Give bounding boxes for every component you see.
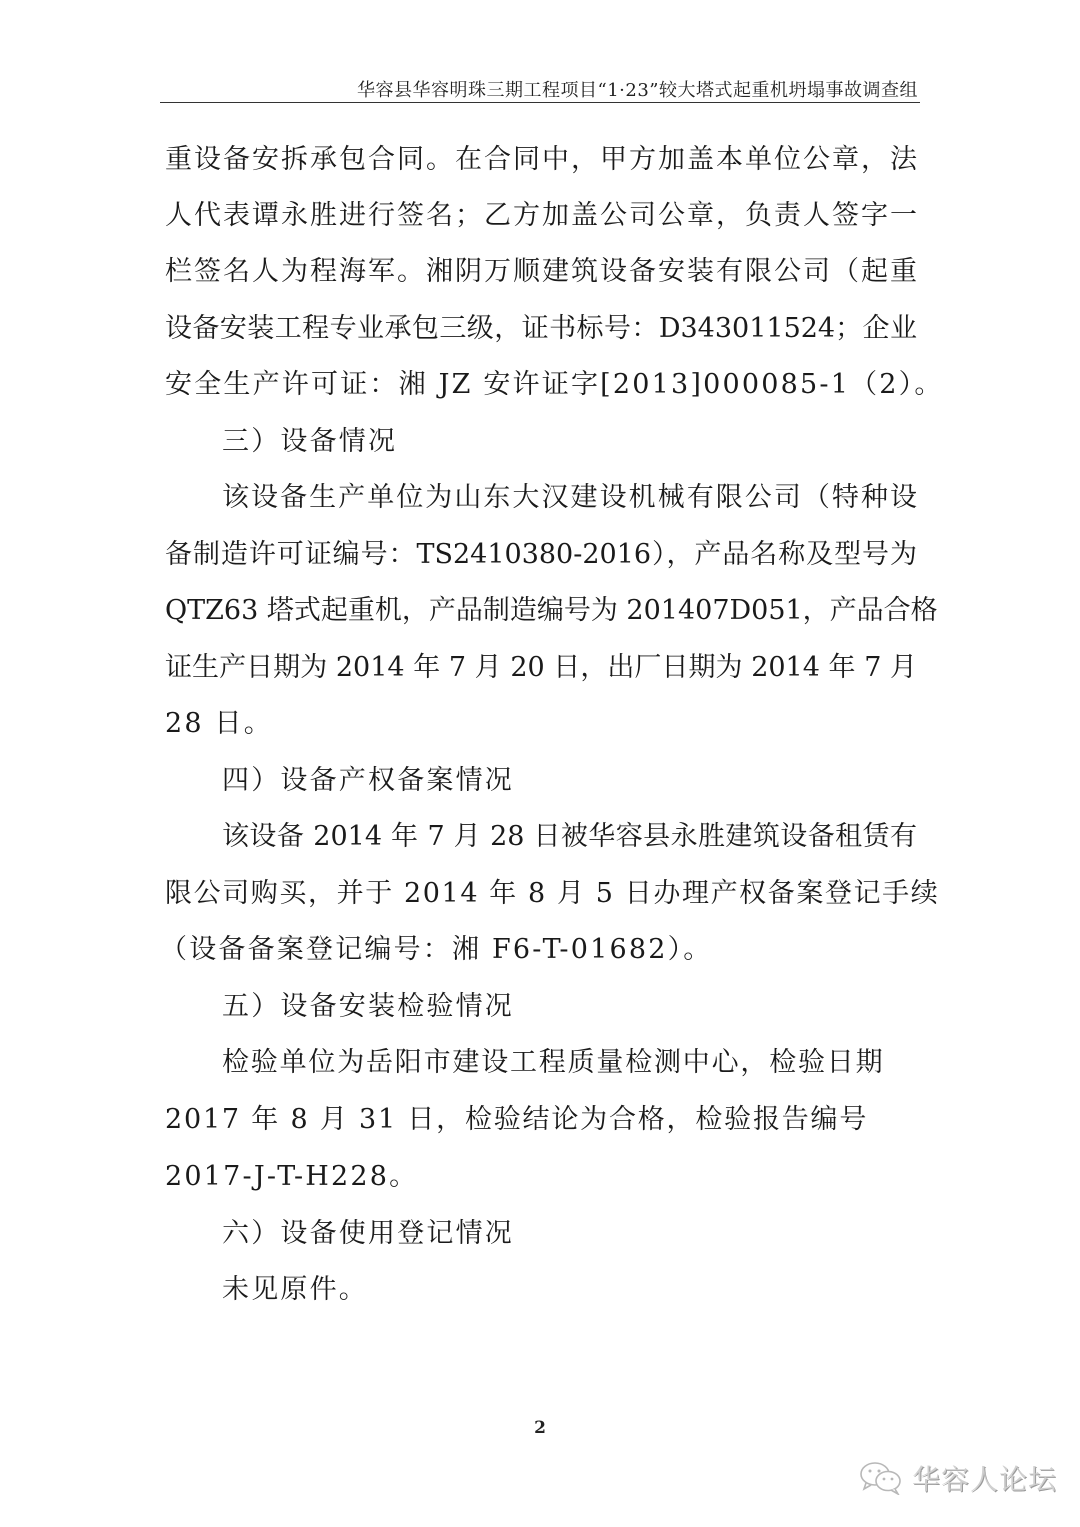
section-heading-usage-registration: 六）设备使用登记情况	[222, 1217, 917, 1251]
body-line: 限公司购买，并于 2014 年 8 月 5 日办理产权备案登记手续	[165, 877, 917, 911]
body-line: 2017 年 8 月 31 日，检验结论为合格，检验报告编号	[165, 1103, 917, 1137]
running-header: 华容县华容明珠三期工程项目“1·23”较大塔式起重机坍塌事故调查组	[160, 76, 920, 103]
body-line: 28 日。	[165, 707, 917, 741]
page-number: 2	[0, 1418, 1080, 1438]
body-line: 2017-J-T-H228。	[165, 1160, 917, 1194]
body-line: （设备备案登记编号：湘 F6-T-01682）。	[160, 933, 912, 967]
section-heading-equipment: 三）设备情况	[222, 425, 917, 459]
section-heading-installation-inspection: 五）设备安装检验情况	[222, 990, 917, 1024]
header-title: 华容县华容明珠三期工程项目“1·23”较大塔式起重机坍塌事故调查组	[357, 76, 918, 102]
body-line: 设备安装工程专业承包三级，证书标号：D343011524；企业	[165, 312, 917, 346]
body-line: QTZ63 塔式起重机，产品制造编号为 201407D051，产品合格	[165, 594, 917, 628]
body-line: 检验单位为岳阳市建设工程质量检测中心，检验日期	[222, 1046, 917, 1080]
body-line: 备制造许可证编号：TS2410380-2016），产品名称及型号为	[165, 538, 917, 572]
wechat-icon	[858, 1461, 904, 1495]
body-line: 该设备 2014 年 7 月 28 日被华容县永胜建筑设备租赁有	[222, 820, 917, 854]
body-line: 未见原件。	[222, 1273, 917, 1307]
body-line: 该设备生产单位为山东大汉建设机械有限公司（特种设	[222, 481, 917, 515]
watermark-text: 华容人论坛	[912, 1458, 1057, 1498]
watermark: 华容人论坛	[858, 1458, 1057, 1498]
body-line: 栏签名人为程海军。湘阴万顺建筑设备安装有限公司（起重	[165, 255, 917, 289]
body-line: 人代表谭永胜进行签名；乙方加盖公司公章，负责人签字一	[165, 199, 917, 233]
body-line: 证生产日期为 2014 年 7 月 20 日，出厂日期为 2014 年 7 月	[165, 651, 917, 685]
body-line: 安全生产许可证：湘 JZ 安许证字[2013]000085-1（2）。	[165, 368, 917, 402]
section-heading-property-registration: 四）设备产权备案情况	[222, 764, 917, 798]
body-line: 重设备安拆承包合同。在合同中，甲方加盖本单位公章，法	[165, 143, 917, 177]
